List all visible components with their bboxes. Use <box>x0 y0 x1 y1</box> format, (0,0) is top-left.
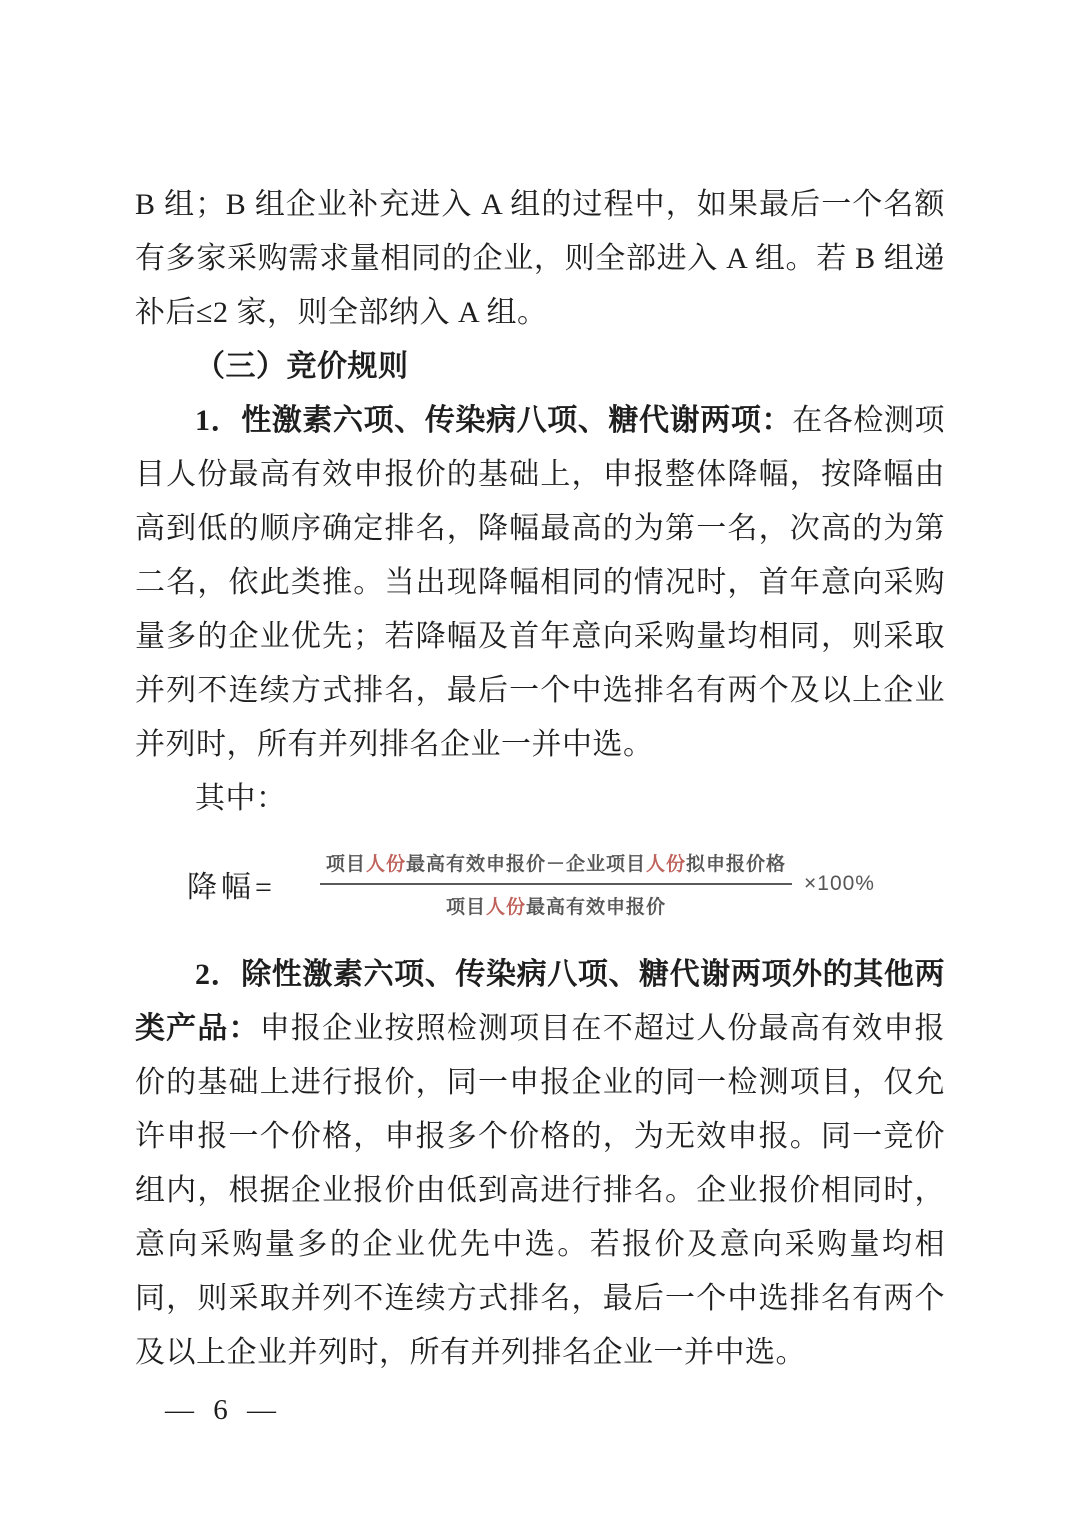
intro-paragraph: B 组；B 组企业补充进入 A 组的过程中，如果最后一个名额有多家采购需求量相同… <box>135 178 945 340</box>
rule-item-1-lead: 1．性激素六项、传染病八项、糖代谢两项： <box>195 404 792 437</box>
section-heading: （三）竞价规则 <box>135 340 945 394</box>
denominator-segment: 项目 <box>446 897 486 918</box>
numerator-segment: 项目 <box>326 854 366 875</box>
document-page: B 组；B 组企业补充进入 A 组的过程中，如果最后一个名额有多家采购需求量相同… <box>0 0 1080 1526</box>
denominator-highlight: 人份 <box>486 897 526 918</box>
formula-label: 降幅= <box>187 862 276 906</box>
discount-formula: 降幅= 项目人份最高有效申报价－企业项目人份拟申报价格 项目人份最高有效申报价 … <box>135 838 945 930</box>
rule-item-1: 1．性激素六项、传染病八项、糖代谢两项：在各检测项目人份最高有效申报价的基础上，… <box>135 394 945 772</box>
formula-denominator: 项目人份最高有效申报价 <box>440 885 672 919</box>
numerator-segment: 拟申报价格 <box>686 854 786 875</box>
denominator-segment: 最高有效申报价 <box>526 897 666 918</box>
numerator-segment: 最高有效申报价－企业项目 <box>406 854 646 875</box>
numerator-highlight: 人份 <box>646 854 686 875</box>
formula-fraction: 项目人份最高有效申报价－企业项目人份拟申报价格 项目人份最高有效申报价 <box>320 849 792 919</box>
rule-item-1-body: 在各检测项目人份最高有效申报价的基础上，申报整体降幅，按降幅由高到低的顺序确定排… <box>135 404 945 761</box>
page-number: — 6 — <box>135 1394 945 1427</box>
formula-multiplier: ×100% <box>804 872 875 896</box>
rule-item-2: 2．除性激素六项、传染病八项、糖代谢两项外的其他两类产品：申报企业按照检测项目在… <box>135 948 945 1380</box>
formula-numerator: 项目人份最高有效申报价－企业项目人份拟申报价格 <box>320 849 792 883</box>
rule-item-2-body: 申报企业按照检测项目在不超过人份最高有效申报价的基础上进行报价，同一申报企业的同… <box>135 1012 945 1369</box>
numerator-highlight: 人份 <box>366 854 406 875</box>
among-label: 其中： <box>135 772 945 826</box>
